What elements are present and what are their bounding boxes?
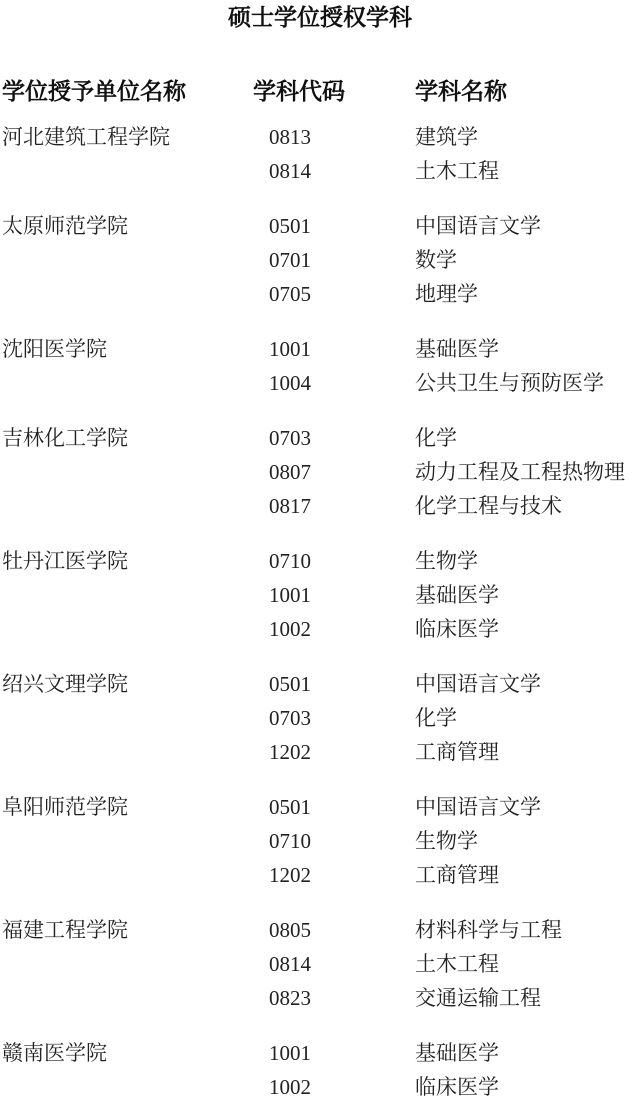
discipline-name-cell: 临床医学: [415, 1070, 640, 1104]
table-header-row: 学位授予单位名称 学科代码 学科名称: [0, 77, 640, 105]
discipline-code-cell: 0501: [253, 790, 415, 824]
discipline-code-cell: 1001: [253, 332, 415, 366]
discipline-name-cell: 生物学: [415, 544, 640, 578]
discipline-name-cell: 化学: [415, 701, 640, 735]
unit-group: 沈阳医学院1001基础医学1004公共卫生与预防医学: [0, 332, 640, 400]
unit-name-cell: [0, 154, 253, 188]
table-row: 0814土木工程: [0, 154, 640, 188]
table-row: 吉林化工学院0703化学: [0, 421, 640, 455]
discipline-code-cell: 0703: [253, 701, 415, 735]
table-row: 0703化学: [0, 701, 640, 735]
unit-name-cell: 沈阳医学院: [0, 332, 253, 366]
discipline-name-cell: 中国语言文学: [415, 667, 640, 701]
discipline-name-cell: 工商管理: [415, 735, 640, 769]
discipline-name-cell: 基础医学: [415, 332, 640, 366]
unit-group: 福建工程学院0805材料科学与工程0814土木工程0823交通运输工程: [0, 913, 640, 1015]
discipline-code-cell: 0805: [253, 913, 415, 947]
unit-name-cell: [0, 243, 253, 277]
discipline-name-cell: 基础医学: [415, 578, 640, 612]
header-discipline-code: 学科代码: [253, 77, 415, 105]
table-row: 1202工商管理: [0, 735, 640, 769]
table-body: 河北建筑工程学院0813建筑学0814土木工程太原师范学院0501中国语言文学0…: [0, 120, 640, 1104]
header-unit-name: 学位授予单位名称: [0, 77, 253, 105]
unit-group: 绍兴文理学院0501中国语言文学0703化学1202工商管理: [0, 667, 640, 769]
unit-group: 牡丹江医学院0710生物学1001基础医学1002临床医学: [0, 544, 640, 646]
unit-name-cell: 绍兴文理学院: [0, 667, 253, 701]
table-row: 0823交通运输工程: [0, 981, 640, 1015]
discipline-name-cell: 地理学: [415, 277, 640, 311]
discipline-code-cell: 0501: [253, 667, 415, 701]
table-row: 沈阳医学院1001基础医学: [0, 332, 640, 366]
page-title: 硕士学位授权学科: [0, 0, 640, 29]
unit-group: 阜阳师范学院0501中国语言文学0710生物学1202工商管理: [0, 790, 640, 892]
table-row: 1202工商管理: [0, 858, 640, 892]
table-row: 1004公共卫生与预防医学: [0, 366, 640, 400]
unit-group: 吉林化工学院0703化学0807动力工程及工程热物理0817化学工程与技术: [0, 421, 640, 523]
discipline-name-cell: 建筑学: [415, 120, 640, 154]
unit-name-cell: [0, 735, 253, 769]
discipline-code-cell: 0705: [253, 277, 415, 311]
discipline-code-cell: 0701: [253, 243, 415, 277]
unit-name-cell: [0, 1070, 253, 1104]
discipline-code-cell: 0710: [253, 824, 415, 858]
table-row: 0814土木工程: [0, 947, 640, 981]
unit-name-cell: 福建工程学院: [0, 913, 253, 947]
discipline-code-cell: 0814: [253, 947, 415, 981]
unit-name-cell: 牡丹江医学院: [0, 544, 253, 578]
discipline-code-cell: 0807: [253, 455, 415, 489]
unit-name-cell: [0, 366, 253, 400]
table-row: 1002临床医学: [0, 1070, 640, 1104]
discipline-name-cell: 材料科学与工程: [415, 913, 640, 947]
table-row: 河北建筑工程学院0813建筑学: [0, 120, 640, 154]
table-row: 0701数学: [0, 243, 640, 277]
unit-name-cell: [0, 578, 253, 612]
discipline-code-cell: 0501: [253, 209, 415, 243]
discipline-code-cell: 1202: [253, 858, 415, 892]
unit-name-cell: 阜阳师范学院: [0, 790, 253, 824]
discipline-name-cell: 土木工程: [415, 947, 640, 981]
discipline-name-cell: 化学: [415, 421, 640, 455]
discipline-name-cell: 基础医学: [415, 1036, 640, 1070]
unit-name-cell: [0, 277, 253, 311]
table-row: 赣南医学院1001基础医学: [0, 1036, 640, 1070]
discipline-code-cell: 0710: [253, 544, 415, 578]
discipline-name-cell: 公共卫生与预防医学: [415, 366, 640, 400]
table-row: 牡丹江医学院0710生物学: [0, 544, 640, 578]
discipline-name-cell: 工商管理: [415, 858, 640, 892]
unit-name-cell: [0, 981, 253, 1015]
table-row: 0817化学工程与技术: [0, 489, 640, 523]
table-row: 福建工程学院0805材料科学与工程: [0, 913, 640, 947]
unit-name-cell: [0, 489, 253, 523]
unit-group: 赣南医学院1001基础医学1002临床医学: [0, 1036, 640, 1104]
discipline-name-cell: 交通运输工程: [415, 981, 640, 1015]
unit-group: 河北建筑工程学院0813建筑学0814土木工程: [0, 120, 640, 188]
table-row: 0710生物学: [0, 824, 640, 858]
table-row: 阜阳师范学院0501中国语言文学: [0, 790, 640, 824]
unit-name-cell: [0, 455, 253, 489]
discipline-name-cell: 土木工程: [415, 154, 640, 188]
discipline-name-cell: 中国语言文学: [415, 790, 640, 824]
discipline-code-cell: 1002: [253, 612, 415, 646]
discipline-name-cell: 数学: [415, 243, 640, 277]
document-page: 硕士学位授权学科 学位授予单位名称 学科代码 学科名称 河北建筑工程学院0813…: [0, 0, 640, 1106]
unit-name-cell: 赣南医学院: [0, 1036, 253, 1070]
discipline-code-cell: 1002: [253, 1070, 415, 1104]
table-row: 1002临床医学: [0, 612, 640, 646]
table-row: 1001基础医学: [0, 578, 640, 612]
discipline-name-cell: 生物学: [415, 824, 640, 858]
unit-name-cell: 太原师范学院: [0, 209, 253, 243]
unit-name-cell: 河北建筑工程学院: [0, 120, 253, 154]
table-row: 绍兴文理学院0501中国语言文学: [0, 667, 640, 701]
unit-group: 太原师范学院0501中国语言文学0701数学0705地理学: [0, 209, 640, 311]
discipline-code-cell: 1001: [253, 1036, 415, 1070]
unit-name-cell: 吉林化工学院: [0, 421, 253, 455]
unit-name-cell: [0, 947, 253, 981]
discipline-code-cell: 1004: [253, 366, 415, 400]
discipline-name-cell: 中国语言文学: [415, 209, 640, 243]
discipline-code-cell: 0703: [253, 421, 415, 455]
table-row: 太原师范学院0501中国语言文学: [0, 209, 640, 243]
table-row: 0807动力工程及工程热物理: [0, 455, 640, 489]
discipline-code-cell: 0817: [253, 489, 415, 523]
discipline-code-cell: 0814: [253, 154, 415, 188]
unit-name-cell: [0, 701, 253, 735]
discipline-code-cell: 0813: [253, 120, 415, 154]
unit-name-cell: [0, 612, 253, 646]
table-row: 0705地理学: [0, 277, 640, 311]
discipline-code-cell: 1202: [253, 735, 415, 769]
unit-name-cell: [0, 824, 253, 858]
discipline-code-cell: 1001: [253, 578, 415, 612]
discipline-name-cell: 动力工程及工程热物理: [415, 455, 640, 489]
discipline-name-cell: 临床医学: [415, 612, 640, 646]
discipline-code-cell: 0823: [253, 981, 415, 1015]
unit-name-cell: [0, 858, 253, 892]
discipline-name-cell: 化学工程与技术: [415, 489, 640, 523]
header-discipline-name: 学科名称: [415, 77, 640, 105]
